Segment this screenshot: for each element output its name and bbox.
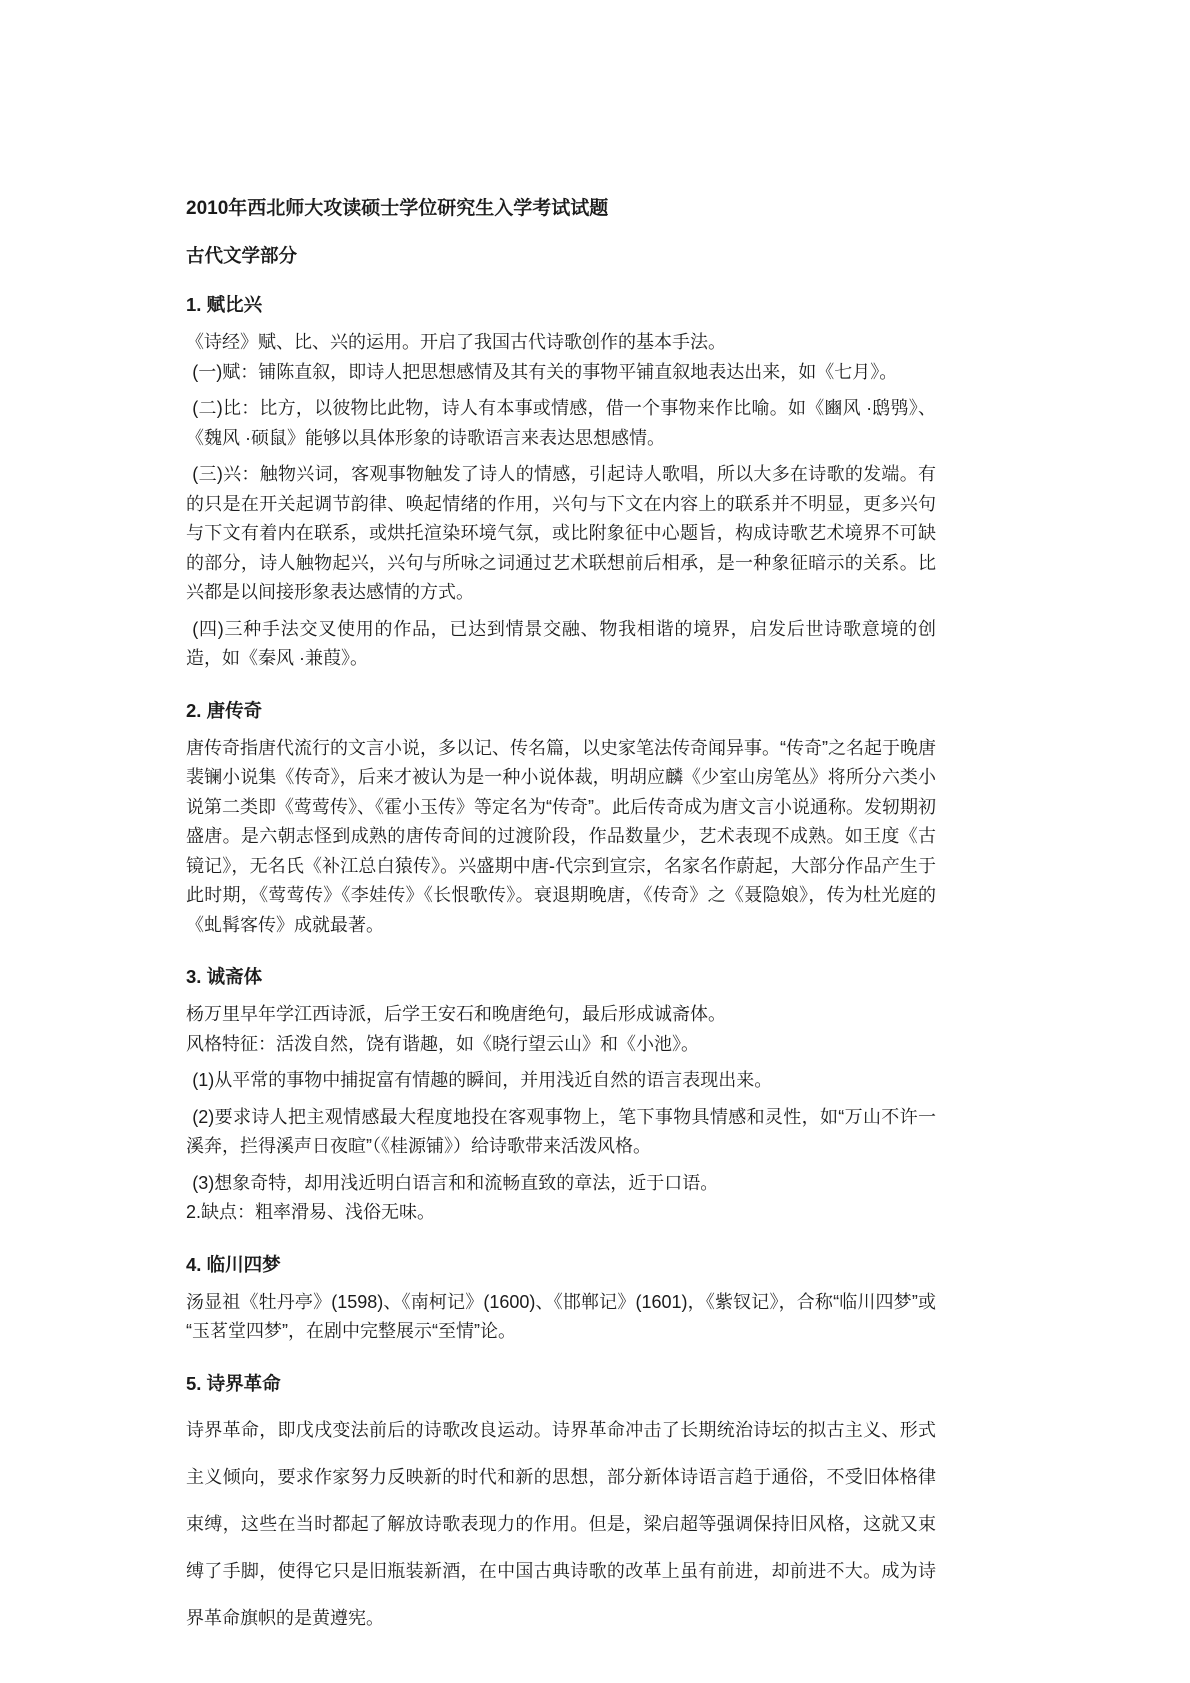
paragraph: (3)想象奇特，却用浅近明白语言和和流畅直致的章法，近于口语。 <box>186 1169 936 1199</box>
paragraph: 2.缺点：粗率滑易、浅俗无味。 <box>186 1198 936 1228</box>
document-page: 2010年西北师大攻读硕士学位研究生入学考试试题 古代文学部分 1. 赋比兴 《… <box>0 0 1190 1683</box>
paragraph: 唐传奇指唐代流行的文言小说，多以记、传名篇，以史家笔法传奇闻异事。“传奇”之名起… <box>186 734 936 941</box>
paragraph: 汤显祖《牡丹亭》(1598)、《南柯记》(1600)、《邯郸记》(1601)，《… <box>186 1288 936 1347</box>
paragraph: (三)兴：触物兴词，客观事物触发了诗人的情感，引起诗人歌唱，所以大多在诗歌的发端… <box>186 460 936 608</box>
paragraph: (一)赋：铺陈直叙，即诗人把思想感情及其有关的事物平铺直叙地表达出来，如《七月》… <box>186 358 936 388</box>
section-heading-tangchuanqi: 2. 唐传奇 <box>186 699 936 723</box>
paragraph: (1)从平常的事物中捕捉富有情趣的瞬间，并用浅近自然的语言表现出来。 <box>186 1066 936 1096</box>
document-title: 2010年西北师大攻读硕士学位研究生入学考试试题 <box>186 196 936 221</box>
paragraph: (四)三种手法交叉使用的作品，已达到情景交融、物我相谐的境界，启发后世诗歌意境的… <box>186 615 936 674</box>
paragraph: 《诗经》赋、比、兴的运用。开启了我国古代诗歌创作的基本手法。 <box>186 328 936 358</box>
paragraph: 诗界革命，即戊戌变法前后的诗歌改良运动。诗界革命冲击了长期统治诗坛的拟古主义、形… <box>186 1407 936 1642</box>
document-content: 2010年西北师大攻读硕士学位研究生入学考试试题 古代文学部分 1. 赋比兴 《… <box>186 196 936 1642</box>
paragraph: (二)比：比方，以彼物比此物，诗人有本事或情感，借一个事物来作比喻。如《豳风 ·… <box>186 394 936 453</box>
part-heading: 古代文学部分 <box>186 243 936 268</box>
section-heading-shijiegeming: 5. 诗界革命 <box>186 1372 936 1396</box>
section-heading-fubixing: 1. 赋比兴 <box>186 293 936 317</box>
paragraph: 杨万里早年学江西诗派，后学王安石和晚唐绝句，最后形成诚斋体。 <box>186 1000 936 1030</box>
paragraph: (2)要求诗人把主观情感最大程度地投在客观事物上，笔下事物具情感和灵性，如“万山… <box>186 1103 936 1162</box>
section-heading-linchuansimeng: 4. 临川四梦 <box>186 1253 936 1277</box>
paragraph: 风格特征：活泼自然，饶有谐趣，如《晓行望云山》和《小池》。 <box>186 1030 936 1060</box>
section-heading-chengzhaiti: 3. 诚斋体 <box>186 965 936 989</box>
